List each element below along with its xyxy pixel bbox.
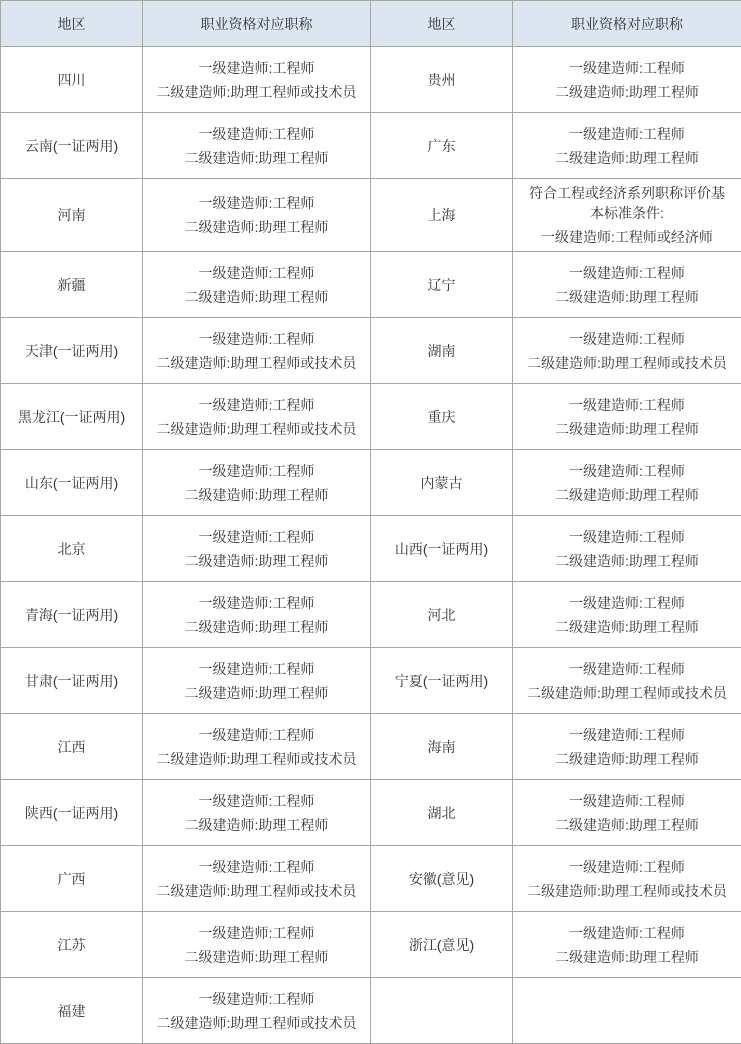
region-cell: 山西(一证两用)	[371, 516, 513, 582]
table-row: 陕西(一证两用)一级建造师:工程师二级建造师:助理工程师湖北一级建造师:工程师二…	[1, 780, 741, 846]
qualification-line: 二级建造师:助理工程师或技术员	[153, 82, 360, 102]
table-row: 福建一级建造师:工程师二级建造师:助理工程师或技术员	[1, 978, 741, 1044]
qualification-line: 一级建造师:工程师	[153, 124, 360, 144]
region-label: 广东	[375, 136, 508, 156]
qualification-line: 一级建造师:工程师	[523, 593, 731, 613]
region-label: 黑龙江(一证两用)	[5, 407, 138, 427]
qualification-line: 一级建造师:工程师	[523, 395, 731, 415]
region-cell: 陕西(一证两用)	[1, 780, 143, 846]
qualification-line: 二级建造师:助理工程师	[153, 287, 360, 307]
qualification-cell: 一级建造师:工程师二级建造师:助理工程师	[143, 516, 371, 582]
table-header: 地区 职业资格对应职称 地区 职业资格对应职称	[1, 1, 741, 47]
qualification-cell: 一级建造师:工程师二级建造师:助理工程师	[143, 780, 371, 846]
qualification-cell: 一级建造师:工程师二级建造师:助理工程师或技术员	[143, 384, 371, 450]
qualification-cell: 一级建造师:工程师二级建造师:助理工程师	[143, 648, 371, 714]
region-cell: 上海	[371, 179, 513, 252]
region-label: 陕西(一证两用)	[5, 803, 138, 823]
region-label: 湖南	[375, 341, 508, 361]
qualification-cell: 一级建造师:工程师二级建造师:助理工程师	[143, 450, 371, 516]
region-label: 浙江(意见)	[375, 935, 508, 955]
region-cell: 湖北	[371, 780, 513, 846]
qualification-cell: 一级建造师:工程师二级建造师:助理工程师	[143, 582, 371, 648]
column-header-title-right: 职业资格对应职称	[513, 1, 741, 47]
region-cell: 山东(一证两用)	[1, 450, 143, 516]
qualification-cell: 一级建造师:工程师二级建造师:助理工程师	[143, 113, 371, 179]
region-cell: 福建	[1, 978, 143, 1044]
qualification-line: 二级建造师:助理工程师	[523, 617, 731, 637]
qualification-line: 一级建造师:工程师	[153, 263, 360, 283]
region-label: 河南	[5, 205, 138, 225]
region-label: 上海	[375, 205, 508, 225]
column-header-title-left: 职业资格对应职称	[143, 1, 371, 47]
header-row: 地区 职业资格对应职称 地区 职业资格对应职称	[1, 1, 741, 47]
qualification-line: 二级建造师:助理工程师	[153, 815, 360, 835]
qualification-line: 一级建造师:工程师	[153, 461, 360, 481]
region-label: 四川	[5, 70, 138, 90]
column-header-region-left: 地区	[1, 1, 143, 47]
qualification-line: 一级建造师:工程师	[153, 329, 360, 349]
region-label: 甘肃(一证两用)	[5, 671, 138, 691]
qualification-line: 一级建造师:工程师	[153, 593, 360, 613]
table-row: 新疆一级建造师:工程师二级建造师:助理工程师辽宁一级建造师:工程师二级建造师:助…	[1, 252, 741, 318]
qualification-line: 二级建造师:助理工程师或技术员	[523, 353, 731, 373]
qualification-cell: 一级建造师:工程师二级建造师:助理工程师	[143, 179, 371, 252]
qualification-line: 一级建造师:工程师	[523, 857, 731, 877]
qualification-cell: 一级建造师:工程师二级建造师:助理工程师	[513, 113, 741, 179]
region-label: 海南	[375, 737, 508, 757]
qualification-line: 一级建造师:工程师	[523, 58, 731, 78]
qualification-cell: 一级建造师:工程师二级建造师:助理工程师或技术员	[143, 846, 371, 912]
qualification-cell: 一级建造师:工程师二级建造师:助理工程师	[513, 912, 741, 978]
region-label: 山东(一证两用)	[5, 473, 138, 493]
region-cell: 浙江(意见)	[371, 912, 513, 978]
region-cell: 河北	[371, 582, 513, 648]
qualification-line: 二级建造师:助理工程师	[523, 148, 731, 168]
table-row: 云南(一证两用)一级建造师:工程师二级建造师:助理工程师广东一级建造师:工程师二…	[1, 113, 741, 179]
qualification-line: 一级建造师:工程师	[523, 527, 731, 547]
qualification-cell: 符合工程或经济系列职称评价基本标准条件:一级建造师:工程师或经济师	[513, 179, 741, 252]
qualification-line: 二级建造师:助理工程师	[153, 683, 360, 703]
qualification-line: 二级建造师:助理工程师	[153, 617, 360, 637]
qualification-line: 二级建造师:助理工程师或技术员	[153, 881, 360, 901]
region-cell: 广东	[371, 113, 513, 179]
qualification-line: 二级建造师:助理工程师	[523, 485, 731, 505]
qualification-line: 符合工程或经济系列职称评价基本标准条件:	[523, 183, 731, 223]
qualification-line: 一级建造师:工程师	[153, 989, 360, 1009]
qualification-line: 二级建造师:助理工程师	[153, 947, 360, 967]
qualification-cell: 一级建造师:工程师二级建造师:助理工程师或技术员	[143, 978, 371, 1044]
qualification-cell: 一级建造师:工程师二级建造师:助理工程师	[513, 516, 741, 582]
qualification-line: 一级建造师:工程师	[153, 659, 360, 679]
table-row: 广西一级建造师:工程师二级建造师:助理工程师或技术员安徽(意见)一级建造师:工程…	[1, 846, 741, 912]
qualification-line: 二级建造师:助理工程师或技术员	[523, 881, 731, 901]
region-cell: 河南	[1, 179, 143, 252]
region-label: 湖北	[375, 803, 508, 823]
qualification-cell: 一级建造师:工程师二级建造师:助理工程师	[513, 714, 741, 780]
region-cell	[371, 978, 513, 1044]
qualification-line: 一级建造师:工程师	[153, 193, 360, 213]
qualification-cell: 一级建造师:工程师二级建造师:助理工程师	[143, 252, 371, 318]
qualification-line: 一级建造师:工程师	[153, 725, 360, 745]
qualification-cell: 一级建造师:工程师二级建造师:助理工程师	[513, 582, 741, 648]
region-cell: 新疆	[1, 252, 143, 318]
region-cell: 宁夏(一证两用)	[371, 648, 513, 714]
region-label: 重庆	[375, 407, 508, 427]
region-qualification-table: 地区 职业资格对应职称 地区 职业资格对应职称 四川一级建造师:工程师二级建造师…	[0, 0, 741, 1044]
region-label: 宁夏(一证两用)	[375, 671, 508, 691]
qualification-cell: 一级建造师:工程师二级建造师:助理工程师	[513, 450, 741, 516]
region-label: 安徽(意见)	[375, 869, 508, 889]
qualification-line: 二级建造师:助理工程师	[523, 551, 731, 571]
qualification-line: 二级建造师:助理工程师	[153, 217, 360, 237]
table-row: 四川一级建造师:工程师二级建造师:助理工程师或技术员贵州一级建造师:工程师二级建…	[1, 47, 741, 113]
qualification-line: 一级建造师:工程师	[153, 58, 360, 78]
region-label: 广西	[5, 869, 138, 889]
qualification-line: 一级建造师:工程师	[523, 329, 731, 349]
region-cell: 四川	[1, 47, 143, 113]
qualification-cell: 一级建造师:工程师二级建造师:助理工程师	[513, 384, 741, 450]
qualification-line: 二级建造师:助理工程师	[153, 148, 360, 168]
region-label: 青海(一证两用)	[5, 605, 138, 625]
region-cell: 云南(一证两用)	[1, 113, 143, 179]
qualification-line: 一级建造师:工程师	[153, 791, 360, 811]
region-cell: 天津(一证两用)	[1, 318, 143, 384]
qualification-cell: 一级建造师:工程师二级建造师:助理工程师或技术员	[143, 714, 371, 780]
region-label: 辽宁	[375, 275, 508, 295]
table-row: 天津(一证两用)一级建造师:工程师二级建造师:助理工程师或技术员湖南一级建造师:…	[1, 318, 741, 384]
region-label: 贵州	[375, 70, 508, 90]
table-row: 江苏一级建造师:工程师二级建造师:助理工程师浙江(意见)一级建造师:工程师二级建…	[1, 912, 741, 978]
region-cell: 湖南	[371, 318, 513, 384]
qualification-line: 二级建造师:助理工程师	[523, 419, 731, 439]
region-cell: 江苏	[1, 912, 143, 978]
qualification-cell: 一级建造师:工程师二级建造师:助理工程师	[513, 47, 741, 113]
table-row: 甘肃(一证两用)一级建造师:工程师二级建造师:助理工程师宁夏(一证两用)一级建造…	[1, 648, 741, 714]
region-cell: 内蒙古	[371, 450, 513, 516]
qualification-line: 一级建造师:工程师	[153, 857, 360, 877]
qualification-line: 二级建造师:助理工程师或技术员	[153, 749, 360, 769]
qualification-cell: 一级建造师:工程师二级建造师:助理工程师	[513, 780, 741, 846]
qualification-line: 二级建造师:助理工程师	[523, 287, 731, 307]
region-label: 河北	[375, 605, 508, 625]
region-label: 山西(一证两用)	[375, 539, 508, 559]
qualification-line: 二级建造师:助理工程师或技术员	[523, 683, 731, 703]
table-row: 北京一级建造师:工程师二级建造师:助理工程师山西(一证两用)一级建造师:工程师二…	[1, 516, 741, 582]
qualification-line: 一级建造师:工程师	[523, 791, 731, 811]
qualification-cell	[513, 978, 741, 1044]
qualification-line: 一级建造师:工程师	[523, 124, 731, 144]
qualification-line: 一级建造师:工程师	[153, 395, 360, 415]
qualification-cell: 一级建造师:工程师二级建造师:助理工程师或技术员	[513, 318, 741, 384]
region-cell: 重庆	[371, 384, 513, 450]
qualification-cell: 一级建造师:工程师二级建造师:助理工程师或技术员	[143, 47, 371, 113]
qualification-line: 二级建造师:助理工程师或技术员	[153, 353, 360, 373]
qualification-line: 二级建造师:助理工程师或技术员	[153, 1013, 360, 1033]
table-row: 青海(一证两用)一级建造师:工程师二级建造师:助理工程师河北一级建造师:工程师二…	[1, 582, 741, 648]
region-label: 北京	[5, 539, 138, 559]
region-cell: 安徽(意见)	[371, 846, 513, 912]
qualification-line: 二级建造师:助理工程师	[523, 749, 731, 769]
qualification-line: 一级建造师:工程师	[523, 923, 731, 943]
region-label: 江西	[5, 737, 138, 757]
table-row: 河南一级建造师:工程师二级建造师:助理工程师上海符合工程或经济系列职称评价基本标…	[1, 179, 741, 252]
qualification-line: 一级建造师:工程师或经济师	[523, 227, 731, 247]
column-header-region-right: 地区	[371, 1, 513, 47]
qualification-line: 一级建造师:工程师	[523, 461, 731, 481]
qualification-line: 一级建造师:工程师	[523, 725, 731, 745]
qualification-line: 二级建造师:助理工程师	[153, 551, 360, 571]
qualification-cell: 一级建造师:工程师二级建造师:助理工程师	[143, 912, 371, 978]
qualification-cell: 一级建造师:工程师二级建造师:助理工程师或技术员	[513, 846, 741, 912]
qualification-line: 一级建造师:工程师	[153, 923, 360, 943]
region-cell: 江西	[1, 714, 143, 780]
qualification-cell: 一级建造师:工程师二级建造师:助理工程师或技术员	[513, 648, 741, 714]
qualification-line: 一级建造师:工程师	[523, 659, 731, 679]
region-cell: 甘肃(一证两用)	[1, 648, 143, 714]
region-cell: 辽宁	[371, 252, 513, 318]
region-cell: 黑龙江(一证两用)	[1, 384, 143, 450]
region-label: 内蒙古	[375, 473, 508, 493]
region-cell: 广西	[1, 846, 143, 912]
region-label: 新疆	[5, 275, 138, 295]
qualification-line: 一级建造师:工程师	[523, 263, 731, 283]
region-cell: 青海(一证两用)	[1, 582, 143, 648]
region-cell: 海南	[371, 714, 513, 780]
qualification-line: 二级建造师:助理工程师或技术员	[153, 419, 360, 439]
qualification-table-container: 地区 职业资格对应职称 地区 职业资格对应职称 四川一级建造师:工程师二级建造师…	[0, 0, 741, 1044]
region-label: 天津(一证两用)	[5, 341, 138, 361]
table-body: 四川一级建造师:工程师二级建造师:助理工程师或技术员贵州一级建造师:工程师二级建…	[1, 47, 741, 1044]
region-cell: 北京	[1, 516, 143, 582]
qualification-cell: 一级建造师:工程师二级建造师:助理工程师	[513, 252, 741, 318]
qualification-line: 二级建造师:助理工程师	[523, 82, 731, 102]
qualification-cell: 一级建造师:工程师二级建造师:助理工程师或技术员	[143, 318, 371, 384]
qualification-line: 二级建造师:助理工程师	[523, 947, 731, 967]
region-cell: 贵州	[371, 47, 513, 113]
qualification-line: 二级建造师:助理工程师	[523, 815, 731, 835]
region-label: 云南(一证两用)	[5, 136, 138, 156]
table-row: 山东(一证两用)一级建造师:工程师二级建造师:助理工程师内蒙古一级建造师:工程师…	[1, 450, 741, 516]
region-label: 江苏	[5, 935, 138, 955]
region-label: 福建	[5, 1001, 138, 1021]
table-row: 黑龙江(一证两用)一级建造师:工程师二级建造师:助理工程师或技术员重庆一级建造师…	[1, 384, 741, 450]
qualification-line: 一级建造师:工程师	[153, 527, 360, 547]
table-row: 江西一级建造师:工程师二级建造师:助理工程师或技术员海南一级建造师:工程师二级建…	[1, 714, 741, 780]
qualification-line: 二级建造师:助理工程师	[153, 485, 360, 505]
